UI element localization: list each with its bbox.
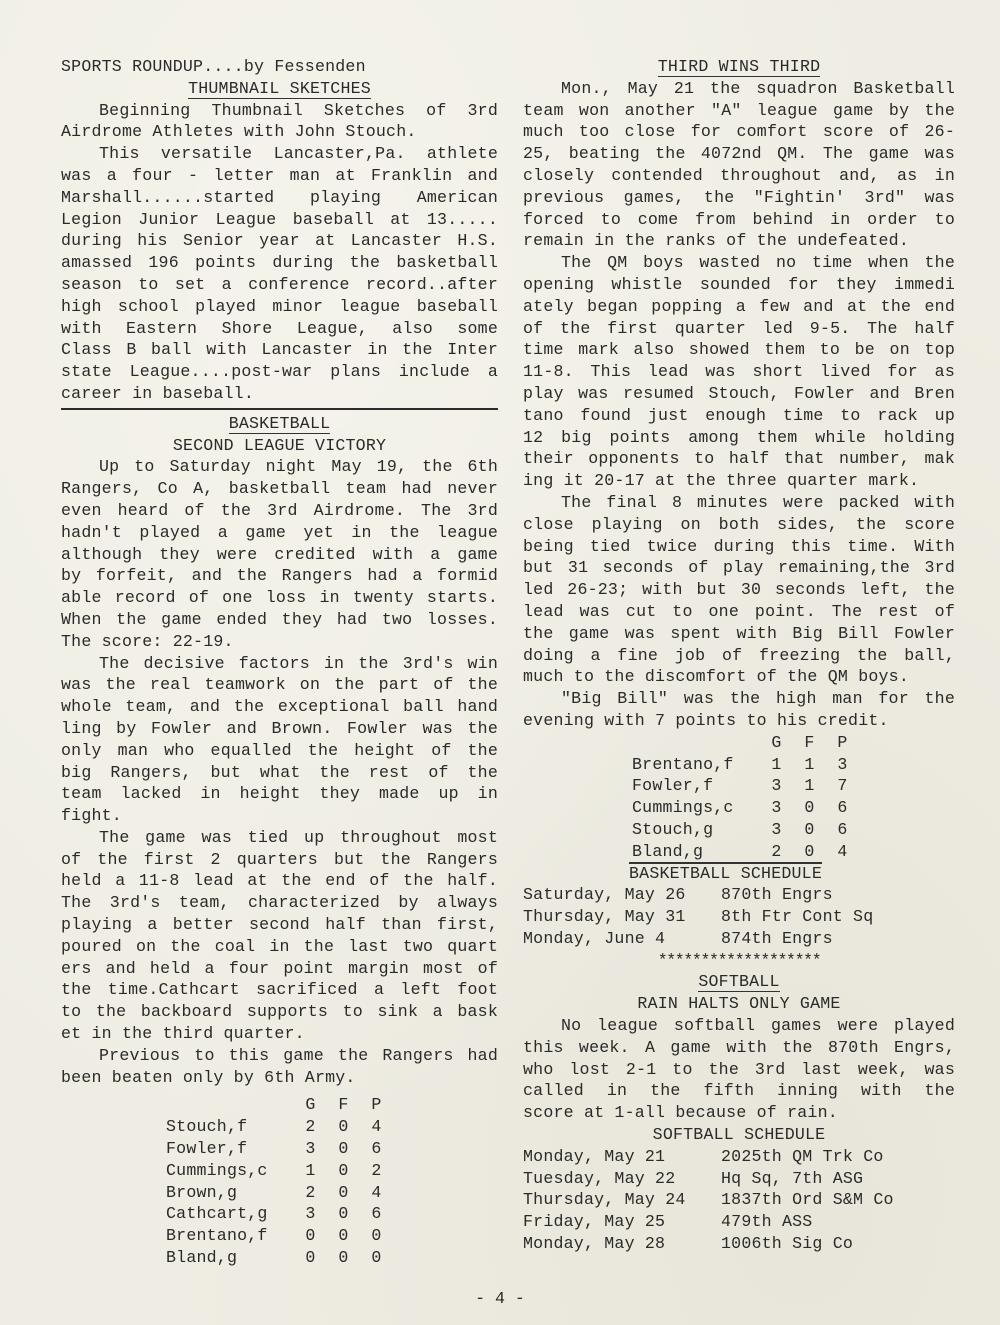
text-line: the game was spent with Big Bill Fowler	[523, 623, 955, 645]
player-name: Brentano,f	[632, 754, 760, 776]
text-line: ling by Fowler and Brown. Fowler was the	[61, 718, 498, 740]
softball-schedule-title: SOFTBALL SCHEDULE	[653, 1124, 826, 1146]
schedule-date: Saturday, May 26	[523, 884, 721, 906]
text-line: Up to Saturday night May 19, the 6th	[61, 456, 498, 478]
text-line: only man who equalled the height of the	[61, 740, 498, 762]
text-line: forced to come from behind in order to	[523, 209, 955, 231]
text-line: remain in the ranks of the undefeated.	[523, 230, 955, 252]
player-name: Cathcart,g	[166, 1203, 294, 1225]
third-wins-heading: THIRD WINS THIRD	[523, 56, 955, 78]
box-score-row: Bland,g000	[166, 1247, 393, 1269]
text-line: play was resumed Stouch, Fowler and Bren	[523, 383, 955, 405]
stat-value: 2	[294, 1116, 327, 1138]
text-line: with Eastern Shore League, also some	[61, 318, 498, 340]
section-divider	[61, 408, 498, 410]
stat-value: 6	[826, 797, 859, 819]
box-score-row: Cathcart,g306	[166, 1203, 393, 1225]
schedule-opponent: 2025th QM Trk Co	[721, 1146, 894, 1168]
stat-value: 2	[360, 1160, 393, 1182]
box-score-row: Fowler,f306	[166, 1138, 393, 1160]
player-name: Fowler,f	[632, 775, 760, 797]
left-column: SPORTS ROUNDUP....by Fessenden THUMBNAIL…	[61, 56, 498, 1269]
text-line: ing it 20-17 at the three quarter mark.	[523, 470, 955, 492]
text-line: this week. A game with the 870th Engrs,	[523, 1037, 955, 1059]
schedule-date: Friday, May 25	[523, 1211, 721, 1233]
stat-column-header: F	[327, 1094, 360, 1116]
text-line: who lost 2-1 to the 3rd last week, was	[523, 1059, 955, 1081]
schedule-row: Monday, May 281006th Sig Co	[523, 1233, 894, 1255]
text-line: The decisive factors in the 3rd's win	[61, 653, 498, 675]
stat-value: 0	[360, 1247, 393, 1269]
stat-column-header: F	[793, 732, 826, 754]
stat-value: 1	[793, 775, 826, 797]
text-line: lead was cut to one point. The rest of	[523, 601, 955, 623]
stat-value: 0	[327, 1225, 360, 1247]
schedule-opponent: 874th Engrs	[721, 928, 873, 950]
stat-value: 6	[360, 1203, 393, 1225]
text-line: Legion Junior League baseball at 13.....	[61, 209, 498, 231]
stat-value: 7	[826, 775, 859, 797]
player-name: Stouch,g	[632, 819, 760, 841]
stat-value: 0	[793, 841, 826, 863]
thumbnail-heading: THUMBNAIL SKETCHES	[61, 78, 498, 100]
text-line: amassed 196 points during the basketball	[61, 252, 498, 274]
text-line: Airdrome Athletes with John Stouch.	[61, 121, 498, 143]
schedule-row: Tuesday, May 22Hq Sq, 7th ASG	[523, 1168, 894, 1190]
stat-value: 4	[826, 841, 859, 863]
text-line: No league softball games were played	[523, 1015, 955, 1037]
text-line: even heard of the 3rd Airdrome. The 3rd	[61, 500, 498, 522]
text-line: When the game ended they had two losses.	[61, 609, 498, 631]
text-line: to the backboard supports to sink a bask	[61, 1001, 498, 1023]
text-line: tano found just enough time to rack up	[523, 405, 955, 427]
player-column-header	[166, 1094, 294, 1116]
victory-title: SECOND LEAGUE VICTORY	[173, 435, 386, 457]
stat-value: 3	[760, 797, 793, 819]
schedule-date: Monday, May 21	[523, 1146, 721, 1168]
box-score-row: Cummings,c102	[166, 1160, 393, 1182]
stat-value: 0	[327, 1203, 360, 1225]
rain-title: RAIN HALTS ONLY GAME	[637, 993, 840, 1015]
schedule-row: Thursday, May 241837th Ord S&M Co	[523, 1189, 894, 1211]
stat-value: 0	[327, 1160, 360, 1182]
text-line: career in baseball.	[61, 383, 498, 405]
text-line: fight.	[61, 805, 498, 827]
player-name: Stouch,f	[166, 1116, 294, 1138]
stat-value: 0	[793, 797, 826, 819]
softball-section-heading: SOFTBALL	[523, 971, 955, 993]
text-line: but 31 seconds of play remaining,the 3rd	[523, 557, 955, 579]
player-name: Cummings,c	[632, 797, 760, 819]
schedule-opponent: 870th Engrs	[721, 884, 873, 906]
text-line: big Rangers, but what the rest of the	[61, 762, 498, 784]
text-line: time mark also showed them to be on top	[523, 339, 955, 361]
text-line: was the real teamwork on the part of the	[61, 674, 498, 696]
box-score-row: Stouch,g306	[632, 819, 859, 841]
text-line: although they were credited with a game	[61, 544, 498, 566]
third-wins-article: Mon., May 21 the squadron Basketballteam…	[523, 78, 955, 732]
text-line: by forfeit, and the Rangers had a formid	[61, 565, 498, 587]
text-line: the time.Cathcart sacrificed a left foot	[61, 979, 498, 1001]
softball-section-title: SOFTBALL	[698, 972, 779, 992]
stat-value: 1	[294, 1160, 327, 1182]
schedule-opponent: 1837th Ord S&M Co	[721, 1189, 894, 1211]
stat-value: 0	[327, 1138, 360, 1160]
text-line: of the first quarter led 9-5. The half	[523, 318, 955, 340]
text-line: playing a better second half than first,	[61, 914, 498, 936]
thumbnail-title: THUMBNAIL SKETCHES	[188, 79, 371, 99]
text-line: called in the fifth inning with the	[523, 1080, 955, 1102]
stat-column-header: P	[360, 1094, 393, 1116]
thumbnail-article: Beginning Thumbnail Sketches of 3rdAirdr…	[61, 100, 498, 405]
stat-value: 1	[760, 754, 793, 776]
text-line: 11-8. This lead was short lived for as	[523, 361, 955, 383]
text-line: during his Senior year at Lancaster H.S.	[61, 230, 498, 252]
text-line: opening whistle sounded for they immedi	[523, 274, 955, 296]
box-score-row: Brown,g204	[166, 1182, 393, 1204]
text-line: ers and held a four point margin most of	[61, 958, 498, 980]
star-separator: *******************	[523, 950, 955, 972]
player-name: Brown,g	[166, 1182, 294, 1204]
victory-heading: SECOND LEAGUE VICTORY	[61, 435, 498, 457]
text-line: able record of one loss in twenty starts…	[61, 587, 498, 609]
text-line: led 26-23; with but 30 seconds left, the	[523, 579, 955, 601]
schedule-opponent: 8th Ftr Cont Sq	[721, 906, 873, 928]
text-line: high school played minor league baseball	[61, 296, 498, 318]
schedule-row: Thursday, May 318th Ftr Cont Sq	[523, 906, 873, 928]
text-line: was a four - letter man at Franklin and	[61, 165, 498, 187]
stat-value: 4	[360, 1116, 393, 1138]
stat-value: 3	[294, 1138, 327, 1160]
schedule-opponent: Hq Sq, 7th ASG	[721, 1168, 894, 1190]
text-line: 12 big points among them while holding	[523, 427, 955, 449]
right-column: THIRD WINS THIRD Mon., May 21 the squadr…	[523, 56, 955, 1255]
text-line: et in the third quarter.	[61, 1023, 498, 1045]
text-line: Marshall......started playing American	[61, 187, 498, 209]
text-line: 25, beating the 4072nd QM. The game was	[523, 143, 955, 165]
text-line: The 3rd's team, characterized by always	[61, 892, 498, 914]
schedule-row: Monday, May 212025th QM Trk Co	[523, 1146, 894, 1168]
text-line: The QM boys wasted no time when the	[523, 252, 955, 274]
text-line: previous games, the "Fightin' 3rd" was	[523, 187, 955, 209]
player-name: Brentano,f	[166, 1225, 294, 1247]
stat-value: 6	[360, 1138, 393, 1160]
text-line: The score: 22-19.	[61, 631, 498, 653]
box-score-row: Fowler,f317	[632, 775, 859, 797]
text-line: "Big Bill" was the high man for the	[523, 688, 955, 710]
stat-value: 1	[793, 754, 826, 776]
basketball-schedule-heading: BASKETBALL SCHEDULE	[523, 862, 955, 884]
stat-value: 2	[760, 841, 793, 863]
text-line: evening with 7 points to his credit.	[523, 710, 955, 732]
text-line: being tied twice during this time. With	[523, 536, 955, 558]
box-score-header: GFP	[632, 732, 859, 754]
text-line: Beginning Thumbnail Sketches of 3rd	[61, 100, 498, 122]
basketball-schedule-title: BASKETBALL SCHEDULE	[629, 862, 822, 883]
player-column-header	[632, 732, 760, 754]
stat-column-header: G	[294, 1094, 327, 1116]
player-name: Fowler,f	[166, 1138, 294, 1160]
text-line: been beaten only by 6th Army.	[61, 1067, 498, 1089]
stat-value: 6	[826, 819, 859, 841]
stat-value: 0	[793, 819, 826, 841]
text-line: ately began popping a few and at the end	[523, 296, 955, 318]
text-line: Class B ball with Lancaster in the Inter	[61, 339, 498, 361]
softball-article: No league softball games were playedthis…	[523, 1015, 955, 1124]
schedule-opponent: 479th ASS	[721, 1211, 894, 1233]
box-score-row: Stouch,f204	[166, 1116, 393, 1138]
stat-value: 3	[760, 775, 793, 797]
text-line: team won another "A" league game by the	[523, 100, 955, 122]
box-score-header: GFP	[166, 1094, 393, 1116]
stat-value: 2	[294, 1182, 327, 1204]
player-name: Bland,g	[632, 841, 760, 863]
page-number: - 4 -	[0, 1289, 1000, 1308]
player-name: Bland,g	[166, 1247, 294, 1269]
player-name: Cummings,c	[166, 1160, 294, 1182]
text-line: poured on the coal in the last two quart	[61, 936, 498, 958]
stat-column-header: G	[760, 732, 793, 754]
stat-column-header: P	[826, 732, 859, 754]
softball-schedule-heading: SOFTBALL SCHEDULE	[523, 1124, 955, 1146]
text-line: Mon., May 21 the squadron Basketball	[523, 78, 955, 100]
text-line: whole team, and the exceptional ball han…	[61, 696, 498, 718]
rain-heading: RAIN HALTS ONLY GAME	[523, 993, 955, 1015]
text-line: This versatile Lancaster,Pa. athlete	[61, 143, 498, 165]
column-header: SPORTS ROUNDUP....by Fessenden	[61, 56, 498, 78]
schedule-opponent: 1006th Sig Co	[721, 1233, 894, 1255]
text-line: Rangers, Co A, basketball team had never	[61, 478, 498, 500]
stat-value: 0	[327, 1182, 360, 1204]
schedule-date: Monday, June 4	[523, 928, 721, 950]
schedule-row: Saturday, May 26870th Engrs	[523, 884, 873, 906]
schedule-date: Thursday, May 31	[523, 906, 721, 928]
stat-value: 3	[294, 1203, 327, 1225]
box-score-row: Brentano,f000	[166, 1225, 393, 1247]
box-score-rangers-game: GFPStouch,f204Fowler,f306Cummings,c102Br…	[166, 1094, 393, 1268]
schedule-date: Thursday, May 24	[523, 1189, 721, 1211]
stat-value: 0	[294, 1247, 327, 1269]
stat-value: 0	[360, 1225, 393, 1247]
box-score-row: Bland,g204	[632, 841, 859, 863]
softball-schedule-table: Monday, May 212025th QM Trk CoTuesday, M…	[523, 1146, 894, 1255]
text-line: doing a fine job of freezing the ball,	[523, 645, 955, 667]
box-score-qm-game: GFPBrentano,f113Fowler,f317Cummings,c306…	[632, 732, 859, 863]
victory-article: Up to Saturday night May 19, the 6thRang…	[61, 456, 498, 1088]
box-score-row: Brentano,f113	[632, 754, 859, 776]
text-line: much to the discomfort of the QM boys.	[523, 666, 955, 688]
text-line: their opponents to half that number, mak	[523, 448, 955, 470]
text-line: team lacked in height they made up in	[61, 783, 498, 805]
basketball-section-title: BASKETBALL	[229, 414, 331, 434]
stat-value: 3	[826, 754, 859, 776]
text-line: close playing on both sides, the score	[523, 514, 955, 536]
text-line: The final 8 minutes were packed with	[523, 492, 955, 514]
box-score-row: Cummings,c306	[632, 797, 859, 819]
stat-value: 0	[327, 1247, 360, 1269]
stat-value: 3	[760, 819, 793, 841]
text-line: much too close for comfort score of 26-	[523, 121, 955, 143]
newsletter-page: SPORTS ROUNDUP....by Fessenden THUMBNAIL…	[0, 0, 1000, 1325]
text-line: closely contended throughout and, as in	[523, 165, 955, 187]
text-line: state League....post-war plans include a	[61, 361, 498, 383]
text-line: score at 1-all because of rain.	[523, 1102, 955, 1124]
stat-value: 0	[294, 1225, 327, 1247]
schedule-row: Monday, June 4874th Engrs	[523, 928, 873, 950]
text-line: Previous to this game the Rangers had	[61, 1045, 498, 1067]
schedule-row: Friday, May 25479th ASS	[523, 1211, 894, 1233]
text-line: The game was tied up throughout most	[61, 827, 498, 849]
text-line: season to set a conference record..after	[61, 274, 498, 296]
stat-value: 4	[360, 1182, 393, 1204]
schedule-date: Monday, May 28	[523, 1233, 721, 1255]
stat-value: 0	[327, 1116, 360, 1138]
text-line: held a 11-8 lead at the end of the half.	[61, 870, 498, 892]
schedule-date: Tuesday, May 22	[523, 1168, 721, 1190]
basketball-section-heading: BASKETBALL	[61, 413, 498, 435]
text-line: of the first 2 quarters but the Rangers	[61, 849, 498, 871]
text-line: hadn't played a game yet in the league	[61, 522, 498, 544]
basketball-schedule-table: Saturday, May 26870th EngrsThursday, May…	[523, 884, 873, 949]
third-wins-title: THIRD WINS THIRD	[658, 57, 821, 77]
